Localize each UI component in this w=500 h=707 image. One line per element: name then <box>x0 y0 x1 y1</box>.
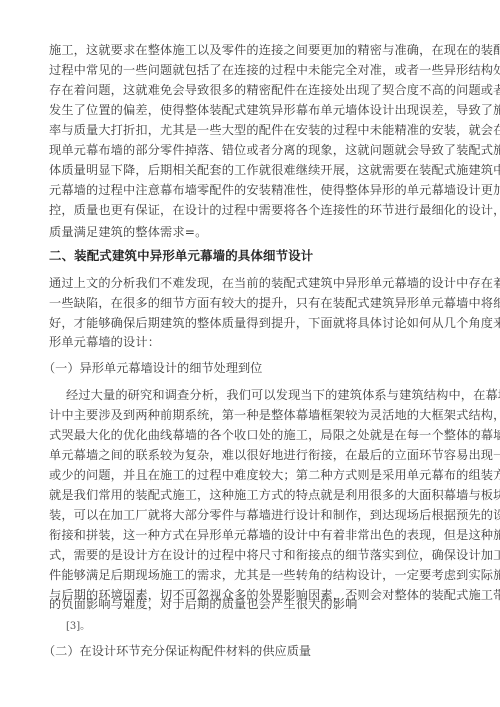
paragraph-3-line: 经过大量的研究和调查分析，我们可以发现当下的建筑体系与建筑结构中，在幕墙的设 <box>66 387 500 403</box>
paragraph-3-line: 计中主要涉及到两种前期系统，第一种是整体幕墙框架较为灵活地的大框架式结构，这种模 <box>49 407 500 423</box>
paragraph-1-line: 现单元幕布墙的部分零件掉落、错位或者分离的现象，这就问题就会导致了装配式施工的主 <box>49 142 500 158</box>
paragraph-1-line: 存在着问题，这就难免会导致很多的精密配件在连接处出现了契合度不高的问题或者连接处 <box>49 82 500 98</box>
paragraph-3-line: 的负面影响与难度，对于后期的质量也会产生很大的影响 <box>49 596 357 612</box>
paragraph-1-line: 施工，这就要求在整体施工以及零件的连接之间要更加的精密与准确，在现在的装配式施工 <box>49 42 500 58</box>
paragraph-2-line: 形单元幕墙的设计： <box>49 334 160 350</box>
paragraph-3-line: 或少的问题，并且在施工的过程中难度较大；第二种方式则是采用单元幕布的组装方式，也 <box>49 467 500 483</box>
subsection-heading: （一）异形单元幕墙设计的细节处理到位 <box>43 360 262 376</box>
subsection-heading: （二）在设计环节充分保证构配件材料的供应质量 <box>43 643 311 659</box>
paragraph-3-line: 式哭最大化的优化曲线幕墙的各个收口处的施工，局限之处就是在每一个整体的幕墙体系与 <box>49 427 500 443</box>
paragraph-1-line: 率与质量大打折扣，尤其是一些大型的配件在安装的过程中未能精准的安装，就会在后期出 <box>49 122 500 138</box>
paragraph-1-line: 质量满足建筑的整体需求=。 <box>49 224 207 240</box>
paragraph-1-line: 控，质量也更有保证，在设计的过程中需要将各个连接性的环节进行最细化的设计，保证其 <box>49 202 500 218</box>
paragraph-3-line: 就是我们常用的装配式施工，这种施工方式的特点就是利用很多的大面积幕墙与板块进行组 <box>49 487 500 503</box>
paragraph-1-line: 元幕墙的过程中注意幕布墙零配件的安装精准性，使得整体异形的单元幕墙设计更加的可 <box>49 182 500 198</box>
paragraph-3-line: 件能够满足后期现场施工的需求，尤其是一些转角的结构设计，一定要考虑到实际施工因素 <box>49 567 500 583</box>
paragraph-1-line: 过程中常见的一些问题就包括了在连接的过程中未能完全对准，或者一些异形结构处的拼接 <box>49 62 500 78</box>
citation-reference: [3]。 <box>66 620 90 634</box>
section-heading: 二、装配式建筑中异形单元幕墙的具体细节设计 <box>49 248 313 264</box>
paragraph-3-line: 式，需要的是设计方在设计的过程中将尺寸和衔接点的细节落实到位，确保设计加工出的零 <box>49 547 500 563</box>
paragraph-2-line: 好，才能够确保后期建筑的整体质量得到提升，下面就将具体讨论如何从几个角度来完善异 <box>49 315 500 331</box>
paragraph-2-line: 通过上文的分析我们不难发现，在当前的装配式建筑中异形单元幕墙的设计中存在着很多的 <box>49 275 500 291</box>
paragraph-3-line: 单元幕墙之间的联系较为复杂，难以很好地进行衔接，在最后的立面环节容易出现一些或多 <box>49 447 500 463</box>
paragraph-3-line: 衔接和拼装，这一种方式在异形单元幕墙的设计中有着非常出色的表现，但是这种施工方 <box>49 527 500 543</box>
paragraph-2-line: 一些缺陷，在很多的细节方面有较大的提升，只有在装配式建筑异形单元幕墙中将细节处理 <box>49 295 500 311</box>
paragraph-1-line: 体质量明显下降，后期相关配套的工作就很难继续开展，这就需要在装配式施建筑中异形单 <box>49 162 500 178</box>
paragraph-1-line: 发生了位置的偏差，使得整体装配式建筑异形幕布单元墙体设计出现误差，导致了施工的效 <box>49 102 500 118</box>
paragraph-3-line: 装，可以在加工厂就将大部分零件与幕墙进行设计和制作，到达现场后根据预先的设计进行 <box>49 507 500 523</box>
